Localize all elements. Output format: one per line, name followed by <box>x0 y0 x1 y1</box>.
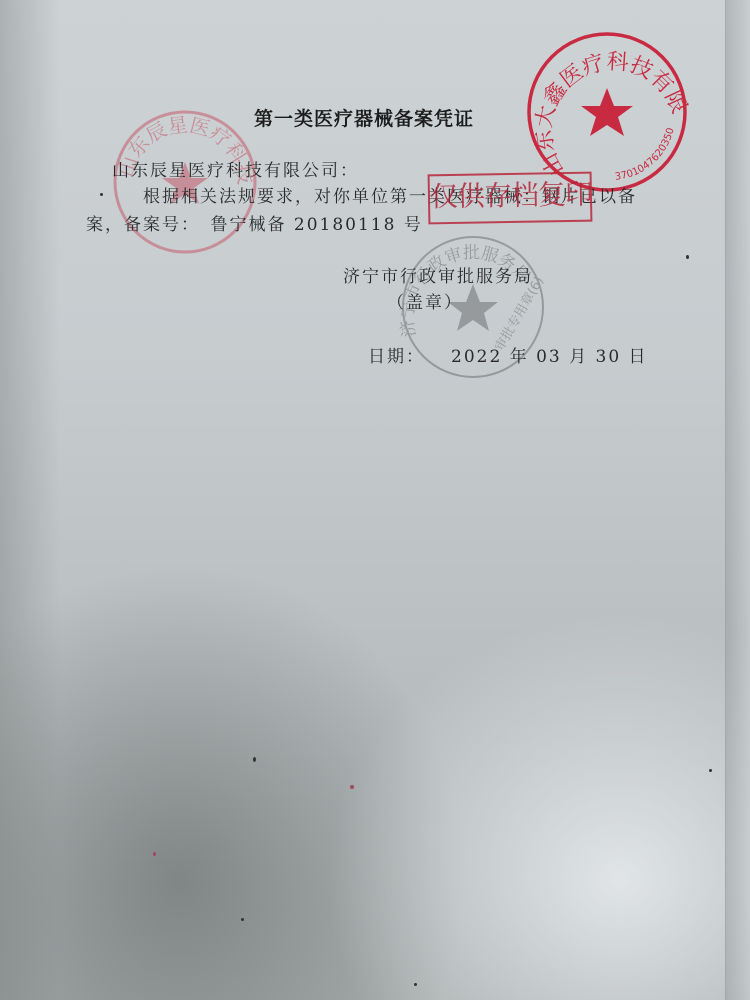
issuing-authority: 济宁市行政审批服务局 <box>343 262 533 287</box>
body-line-2: 案，备案号： 鲁宁械备 20180118 号 <box>86 210 423 235</box>
paper-speck <box>253 757 256 762</box>
paper-speck <box>241 918 244 921</box>
seal-note: （盖章） <box>387 288 463 313</box>
paper-speck <box>686 255 689 259</box>
margin-dot <box>100 193 103 196</box>
left-shadow <box>0 0 60 1000</box>
paper-speck <box>414 983 417 986</box>
date-value: 2022 年 03 月 30 日 <box>451 347 648 367</box>
copy-invalid-stamp: 仅供存档复印无效 <box>428 172 593 225</box>
issue-date: 日期：2022 年 03 月 30 日 <box>368 342 648 367</box>
document-title: 第一类医疗器械备案凭证 <box>254 104 474 131</box>
addressee: 山东辰星医疗科技有限公司： <box>112 156 359 181</box>
date-label: 日期： <box>368 347 425 367</box>
paper-speck <box>709 769 712 772</box>
company-seal-right: 山东大鑫医疗科技有限公司 3701047620350 <box>525 30 690 195</box>
paper-right-edge <box>725 0 750 1000</box>
paper-speck <box>153 852 156 856</box>
paper-speck <box>350 785 354 789</box>
